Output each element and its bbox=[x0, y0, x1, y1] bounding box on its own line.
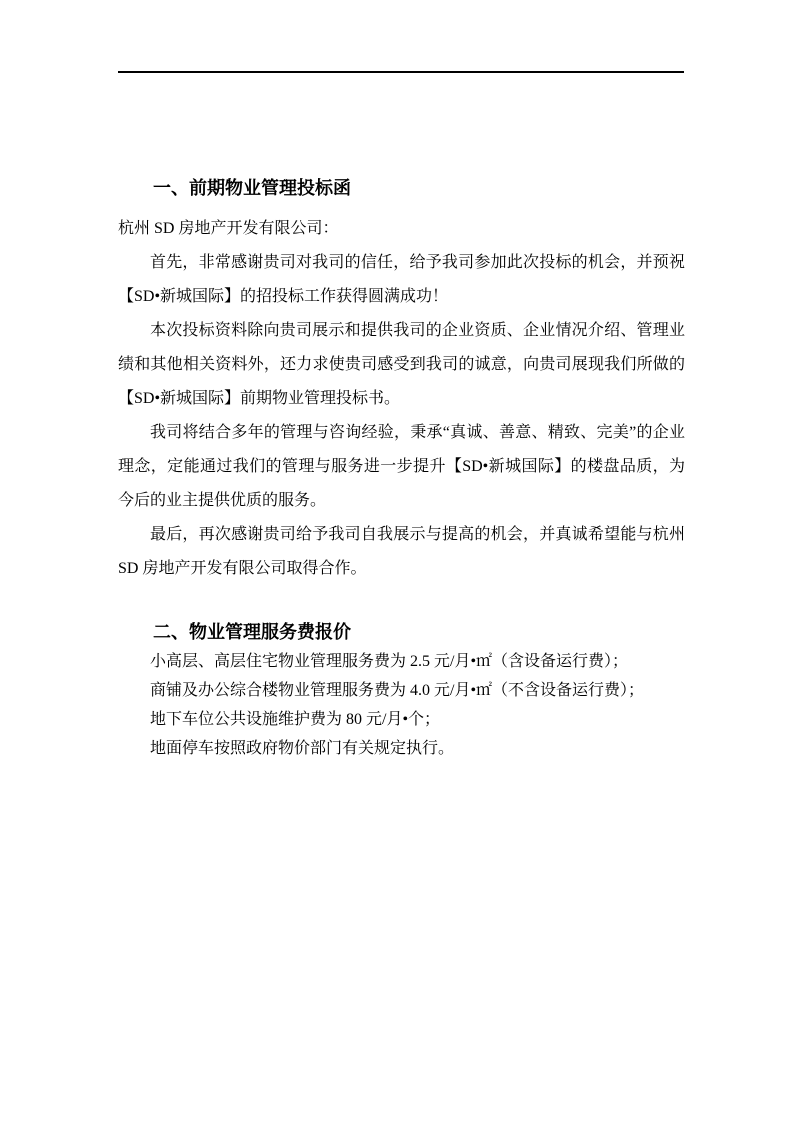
document-content: 一、前期物业管理投标函 杭州 SD 房地产开发有限公司： 首先，非常感谢贵司对我… bbox=[118, 0, 685, 763]
section1-paragraph-4: 最后，再次感谢贵司给予我司自我展示与提高的机会，并真诚希望能与杭州 SD 房地产… bbox=[118, 518, 685, 586]
section1-paragraph-3: 我司将结合多年的管理与咨询经验，秉承“真诚、善意、精致、完美”的企业理念，定能通… bbox=[118, 416, 685, 518]
section1-heading: 一、前期物业管理投标函 bbox=[118, 176, 685, 200]
document-page: 一、前期物业管理投标函 杭州 SD 房地产开发有限公司： 首先，非常感谢贵司对我… bbox=[0, 0, 793, 1122]
fee-item-residential: 小高层、高层住宅物业管理服务费为 2.5 元/月•㎡（含设备运行费）； bbox=[118, 647, 685, 676]
fee-item-underground-parking: 地下车位公共设施维护费为 80 元/月•个； bbox=[118, 705, 685, 734]
section2-heading: 二、物业管理服务费报价 bbox=[118, 620, 685, 644]
section1-paragraph-2: 本次投标资料除向贵司展示和提供我司的企业资质、企业情况介绍、管理业绩和其他相关资… bbox=[118, 314, 685, 416]
fee-item-surface-parking: 地面停车按照政府物价部门有关规定执行。 bbox=[118, 734, 685, 763]
section1-paragraph-1: 首先，非常感谢贵司对我司的信任，给予我司参加此次投标的机会，并预祝【SD•新城国… bbox=[118, 246, 685, 314]
salutation-line: 杭州 SD 房地产开发有限公司： bbox=[118, 212, 685, 246]
fee-item-commercial: 商铺及办公综合楼物业管理服务费为 4.0 元/月•㎡（不含设备运行费）； bbox=[118, 676, 685, 705]
